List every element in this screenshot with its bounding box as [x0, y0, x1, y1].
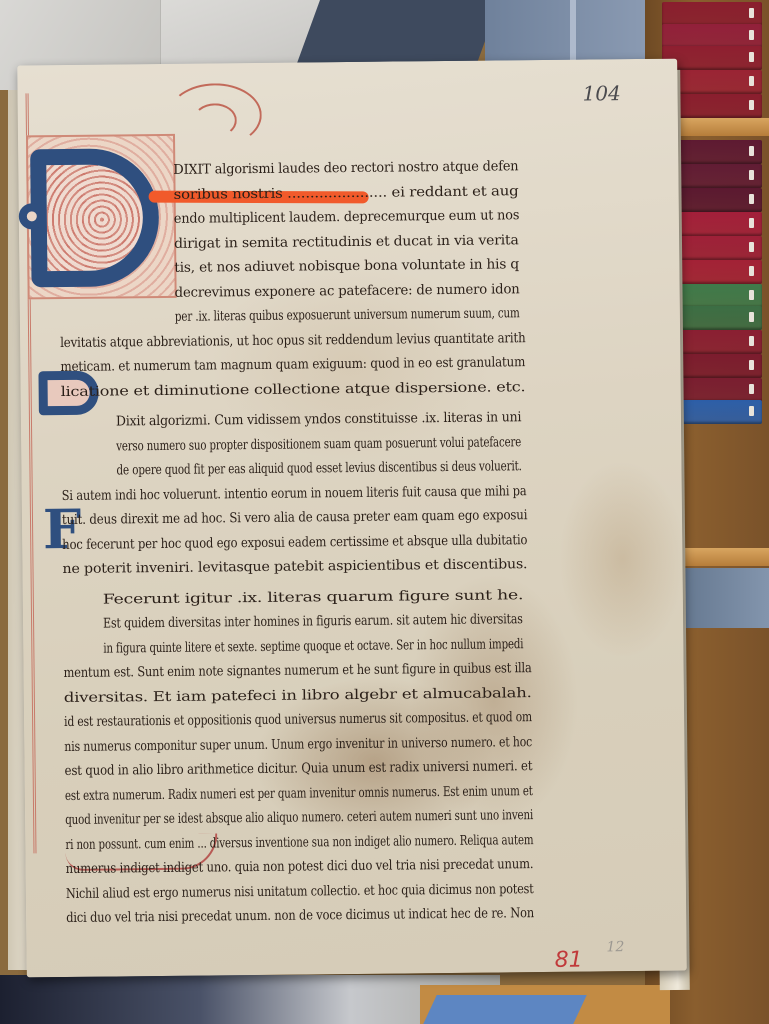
- manuscript-line: Fecerunt igitur .ix. literas quarum figu…: [103, 587, 523, 607]
- manuscript-line: de opere quod fit per eas aliquid quod e…: [116, 458, 521, 478]
- manuscript-line: tis, et nos adiuvet nobisque bona volunt…: [174, 256, 519, 276]
- manuscript-line: decrevimus exponere ac patefacere: de nu…: [175, 281, 520, 301]
- book-spine: [662, 24, 762, 48]
- manuscript-line: endo multiplicent laudem. deprecemurque …: [174, 207, 520, 227]
- book-spine: [662, 2, 762, 26]
- manuscript-page: 104 81 12 F DIXIT algorismi laudes deo r…: [17, 59, 687, 978]
- red-annotation: 81: [555, 948, 583, 973]
- blue-paper: [423, 995, 587, 1024]
- folio-number: 104: [582, 81, 620, 105]
- manuscript-line: soribus nostris ...................... e…: [174, 183, 519, 203]
- manuscript-line: in figura quinte litere et sexte. septim…: [103, 636, 523, 656]
- manuscript-line: Nichil aliud est ergo numerus nisi unita…: [66, 881, 534, 902]
- manuscript-line: dirigat in semita rectitudinis et ducat …: [174, 232, 519, 252]
- manuscript-line: Est quidem diversitas inter homines in f…: [103, 611, 523, 631]
- photo-scene: 104 81 12 F DIXIT algorismi laudes deo r…: [0, 0, 769, 1024]
- pencil-annotation: 12: [606, 939, 624, 955]
- manuscript-line: ne poterit inveniri. levitasque patebit …: [62, 556, 527, 577]
- manuscript-line: Dixit algorizmi. Cum vidissem yndos cons…: [116, 409, 522, 429]
- manuscript-line: per .ix. literas quibus exposuerunt univ…: [175, 305, 520, 325]
- manuscript-line: dici duo vel tria nisi precedat unum. no…: [66, 905, 534, 926]
- manuscript-line: DIXIT algorismi laudes deo rectori nostr…: [173, 158, 518, 178]
- manuscript-line: verso numero suo propter dispositionem s…: [116, 434, 521, 454]
